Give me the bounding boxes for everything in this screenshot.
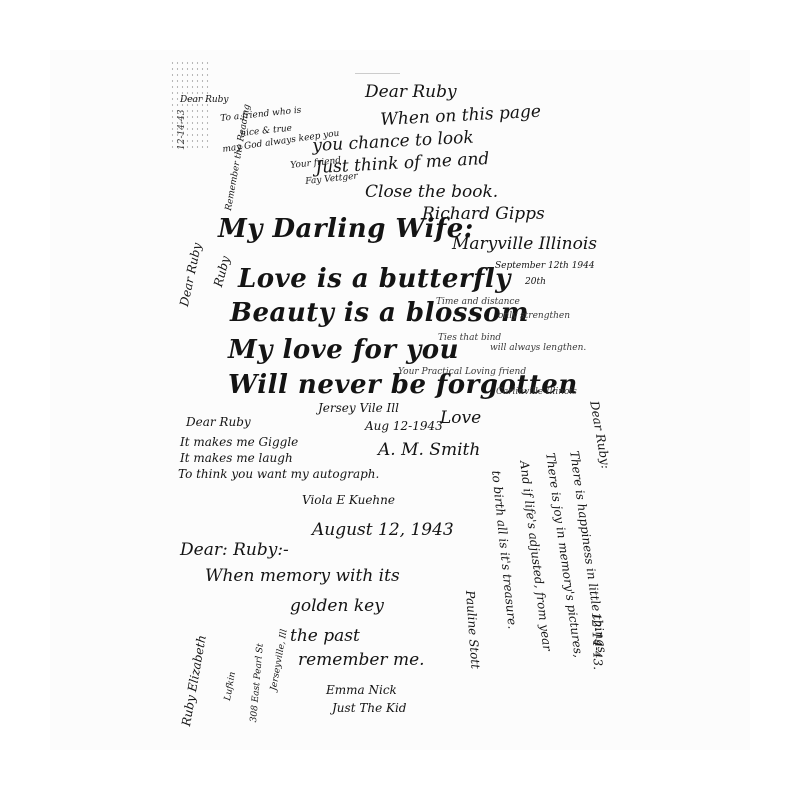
- dear-ruby-tiny: Dear Ruby: [180, 96, 229, 105]
- poem-line-3: My love for you: [228, 337, 459, 363]
- signature-viola: Viola E Kuehne: [302, 494, 395, 506]
- side-note-1: Time and distance: [436, 298, 520, 307]
- autograph-signature: A. M. Smith: [378, 442, 480, 459]
- side-note-3: Ties that bind: [438, 334, 501, 343]
- side-note-5: Your Practical Loving friend: [398, 368, 526, 377]
- giggle-line-1: It makes me Giggle: [180, 436, 298, 448]
- memory-line-4: remember me.: [298, 652, 425, 669]
- giggle-line-2: It makes me laugh: [180, 452, 293, 464]
- vertical-date-right: 12-14-43.: [590, 612, 604, 670]
- vertical-date-left: 12-14-43: [178, 110, 187, 150]
- greeting-dear-ruby-bottom: Dear: Ruby:-: [180, 542, 289, 559]
- verse-line-4: Close the book.: [365, 184, 498, 201]
- faint-rule: [355, 73, 400, 74]
- date-august-big: August 12, 1943: [312, 522, 454, 539]
- signature-just-kid: Just The Kid: [332, 702, 406, 714]
- memory-line-2: golden key: [290, 598, 384, 615]
- love-signoff: Love: [440, 410, 481, 427]
- giggle-line-3: To think you want my autograph.: [178, 468, 379, 480]
- poem-line-1: Love is a butterfly: [238, 266, 511, 292]
- date-september-2: 20th: [525, 278, 546, 287]
- side-note-2: only strengthen: [498, 312, 570, 321]
- scan-noise: [170, 60, 210, 150]
- location-jerseyville: Jersey Vile Ill: [318, 402, 399, 414]
- greeting-dear-ruby-top: Dear Ruby: [365, 84, 457, 101]
- date-aug-mid: Aug 12-1943: [365, 420, 443, 432]
- signature-emma: Emma Nick: [326, 684, 397, 696]
- side-note-6: Carlinville Illinois: [496, 388, 577, 397]
- memory-line-3: the past: [290, 628, 360, 645]
- memory-line-1: When memory with its: [205, 568, 400, 585]
- greeting-dear-ruby-mid: Dear Ruby: [186, 416, 251, 428]
- side-note-4: will always lengthen.: [490, 344, 586, 353]
- signature-top-right: Richard Gipps: [422, 206, 545, 223]
- location-maryville: Maryville Illinois: [452, 236, 597, 253]
